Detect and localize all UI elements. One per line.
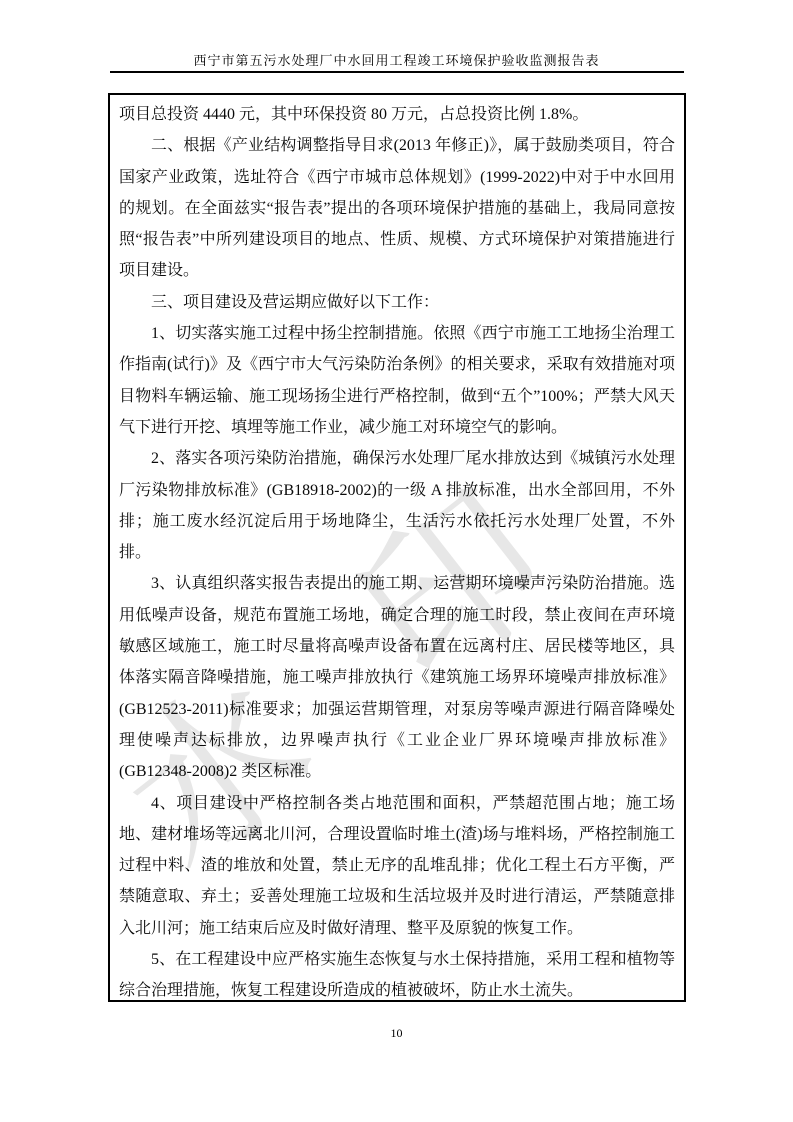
page-header-title: 西宁市第五污水处理厂中水回用工程竣工环境保护验收监测报告表 [0, 50, 793, 69]
paragraph-item-4-land-use: 4、项目建设中严格控制各类占地范围和面积，严禁超范围占地；施工场地、建材堆场等远… [119, 788, 675, 944]
paragraph-item-2-water-pollution: 2、落实各项污染防治措施，确保污水处理厂尾水排放达到《城镇污水处理厂污染物排放标… [119, 443, 675, 568]
document-page: 水印 西宁市第五污水处理厂中水回用工程竣工环境保护验收监测报告表 项目总投资 4… [0, 0, 793, 1122]
paragraph-item-5-ecology: 5、在工程建设中应严格实施生态恢复与水土保持措施，采用工程和植物等综合治理措施，… [119, 944, 675, 1002]
header-divider [110, 71, 684, 73]
paragraph-section-3-heading: 三、项目建设及营运期应做好以下工作： [119, 287, 675, 318]
paragraph-section-2-policy: 二、根据《产业结构调整指导目求(2013 年修正)》，属于鼓励类项目，符合国家产… [119, 130, 675, 286]
page-number: 10 [0, 1026, 793, 1041]
paragraph-item-1-dust-control: 1、切实落实施工过程中扬尘控制措施。依照《西宁市施工工地扬尘治理工作指南(试行)… [119, 318, 675, 443]
paragraph-investment-summary: 项目总投资 4440 元，其中环保投资 80 万元，占总投资比例 1.8%。 [119, 99, 675, 130]
report-approval-text-cell: 项目总投资 4440 元，其中环保投资 80 万元，占总投资比例 1.8%。 二… [108, 93, 686, 1002]
paragraph-item-3-noise-control: 3、认真组织落实报告表提出的施工期、运营期环境噪声污染防治措施。选用低噪声设备，… [119, 568, 675, 787]
